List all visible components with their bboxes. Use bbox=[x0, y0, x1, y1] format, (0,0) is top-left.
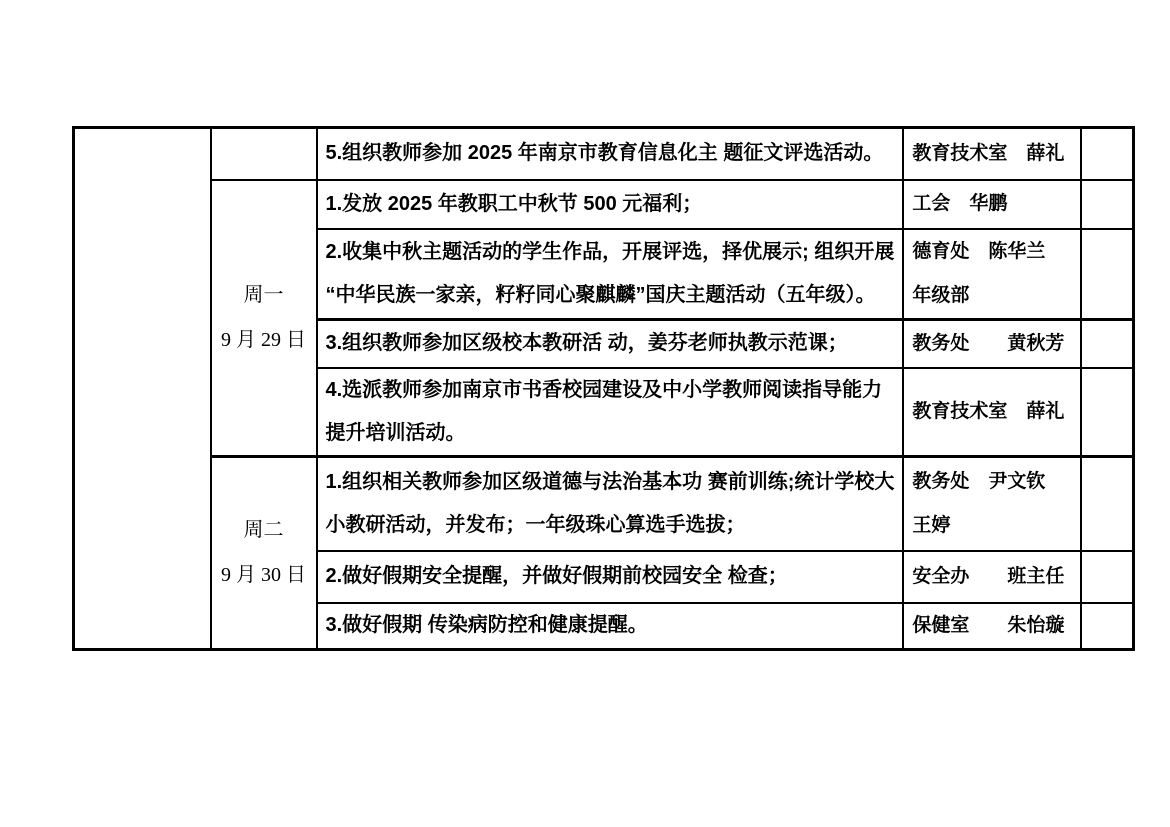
task-text: 3.组织教师参加区级校本教研活 动，姜芬老师执教示范课； bbox=[326, 322, 895, 365]
task-cell: 2.收集中秋主题活动的学生作品，开展评选，择优展示; 组织开展 “中华民族一家亲… bbox=[317, 229, 904, 320]
responsible-text: 工会 华鹏 bbox=[912, 182, 1072, 226]
responsible-text: 安全办 班主任 bbox=[912, 555, 1072, 599]
table-row: 5.组织教师参加 2025 年南京市教育信息化主 题征文评选活动。 教育技术室 … bbox=[74, 128, 1134, 180]
day-cell-tuesday: 周二 9 月 30 日 bbox=[211, 457, 317, 650]
task-cell: 1.发放 2025 年教职工中秋节 500 元福利； bbox=[317, 180, 904, 229]
task-text: 1.发放 2025 年教职工中秋节 500 元福利； bbox=[326, 183, 895, 226]
task-text: 1.组织相关教师参加区级道德与法治基本功 赛前训练;统计学校大 bbox=[326, 461, 895, 504]
day-date: 9 月 29 日 bbox=[212, 318, 316, 363]
responsible-text: 教务处 尹文钦 bbox=[912, 460, 1072, 504]
responsible-cell: 德育处 陈华兰 年级部 bbox=[903, 229, 1081, 320]
responsible-cell: 工会 华鹏 bbox=[903, 180, 1081, 229]
task-text: 2.收集中秋主题活动的学生作品，开展评选，择优展示; 组织开展 bbox=[326, 231, 895, 274]
task-cell: 1.组织相关教师参加区级道德与法治基本功 赛前训练;统计学校大 小教研活动，并发… bbox=[317, 457, 904, 551]
responsible-cell: 教育技术室 薛礼 bbox=[903, 368, 1081, 457]
task-cell: 3.做好假期 传染病防控和健康提醒。 bbox=[317, 603, 904, 650]
check-cell-empty bbox=[1081, 128, 1133, 180]
task-text: 3.做好假期 传染病防控和健康提醒。 bbox=[326, 604, 895, 647]
task-cell: 5.组织教师参加 2025 年南京市教育信息化主 题征文评选活动。 bbox=[317, 128, 904, 180]
check-cell-empty bbox=[1081, 603, 1133, 650]
task-text: 小教研活动，并发布；一年级珠心算选手选拔； bbox=[326, 504, 895, 547]
responsible-cell: 教育技术室 薛礼 bbox=[903, 128, 1081, 180]
task-cell: 4.选派教师参加南京市书香校园建设及中小学教师阅读指导能力 提升培训活动。 bbox=[317, 368, 904, 457]
task-text: 4.选派教师参加南京市书香校园建设及中小学教师阅读指导能力 bbox=[326, 369, 895, 412]
responsible-text: 教育技术室 薛礼 bbox=[912, 390, 1072, 434]
task-cell: 3.组织教师参加区级校本教研活 动，姜芬老师执教示范课； bbox=[317, 319, 904, 368]
responsible-text: 年级部 bbox=[912, 274, 1072, 318]
day-cell-empty bbox=[211, 128, 317, 180]
day-label: 周二 bbox=[212, 508, 316, 553]
table-row: 周二 9 月 30 日 1.组织相关教师参加区级道德与法治基本功 赛前训练;统计… bbox=[74, 457, 1134, 551]
task-text: “中华民族一家亲，籽籽同心聚麒麟”国庆主题活动（五年级）。 bbox=[326, 274, 895, 317]
task-cell: 2.做好假期安全提醒，并做好假期前校园安全 检查； bbox=[317, 551, 904, 603]
responsible-cell: 安全办 班主任 bbox=[903, 551, 1081, 603]
table-row: 周一 9 月 29 日 1.发放 2025 年教职工中秋节 500 元福利； 工… bbox=[74, 180, 1134, 229]
day-label: 周一 bbox=[212, 273, 316, 318]
weekly-schedule-table: 5.组织教师参加 2025 年南京市教育信息化主 题征文评选活动。 教育技术室 … bbox=[72, 126, 1135, 651]
left-spacer-cell bbox=[74, 128, 211, 650]
weekly-schedule-sheet: 5.组织教师参加 2025 年南京市教育信息化主 题征文评选活动。 教育技术室 … bbox=[72, 126, 1135, 651]
responsible-text: 德育处 陈华兰 bbox=[912, 230, 1072, 274]
day-date: 9 月 30 日 bbox=[212, 553, 316, 598]
responsible-cell: 教务处 黄秋芳 bbox=[903, 319, 1081, 368]
responsible-text: 教育技术室 薛礼 bbox=[912, 132, 1072, 176]
responsible-cell: 教务处 尹文钦 王婷 bbox=[903, 457, 1081, 551]
document-page: { "colors": { "page_background": "#fffff… bbox=[0, 0, 1170, 827]
check-cell-empty bbox=[1081, 551, 1133, 603]
task-text: 5.组织教师参加 2025 年南京市教育信息化主 题征文评选活动。 bbox=[326, 132, 895, 175]
check-cell-empty bbox=[1081, 457, 1133, 551]
check-cell-empty bbox=[1081, 180, 1133, 229]
responsible-text: 保健室 朱怡璇 bbox=[912, 604, 1072, 648]
task-text: 2.做好假期安全提醒，并做好假期前校园安全 检查； bbox=[326, 555, 895, 598]
check-cell-empty bbox=[1081, 368, 1133, 457]
responsible-text: 王婷 bbox=[912, 504, 1072, 548]
check-cell-empty bbox=[1081, 229, 1133, 320]
check-cell-empty bbox=[1081, 319, 1133, 368]
task-text: 提升培训活动。 bbox=[326, 412, 895, 455]
responsible-cell: 保健室 朱怡璇 bbox=[903, 603, 1081, 650]
day-cell-monday: 周一 9 月 29 日 bbox=[211, 180, 317, 457]
responsible-text: 教务处 黄秋芳 bbox=[912, 322, 1072, 366]
